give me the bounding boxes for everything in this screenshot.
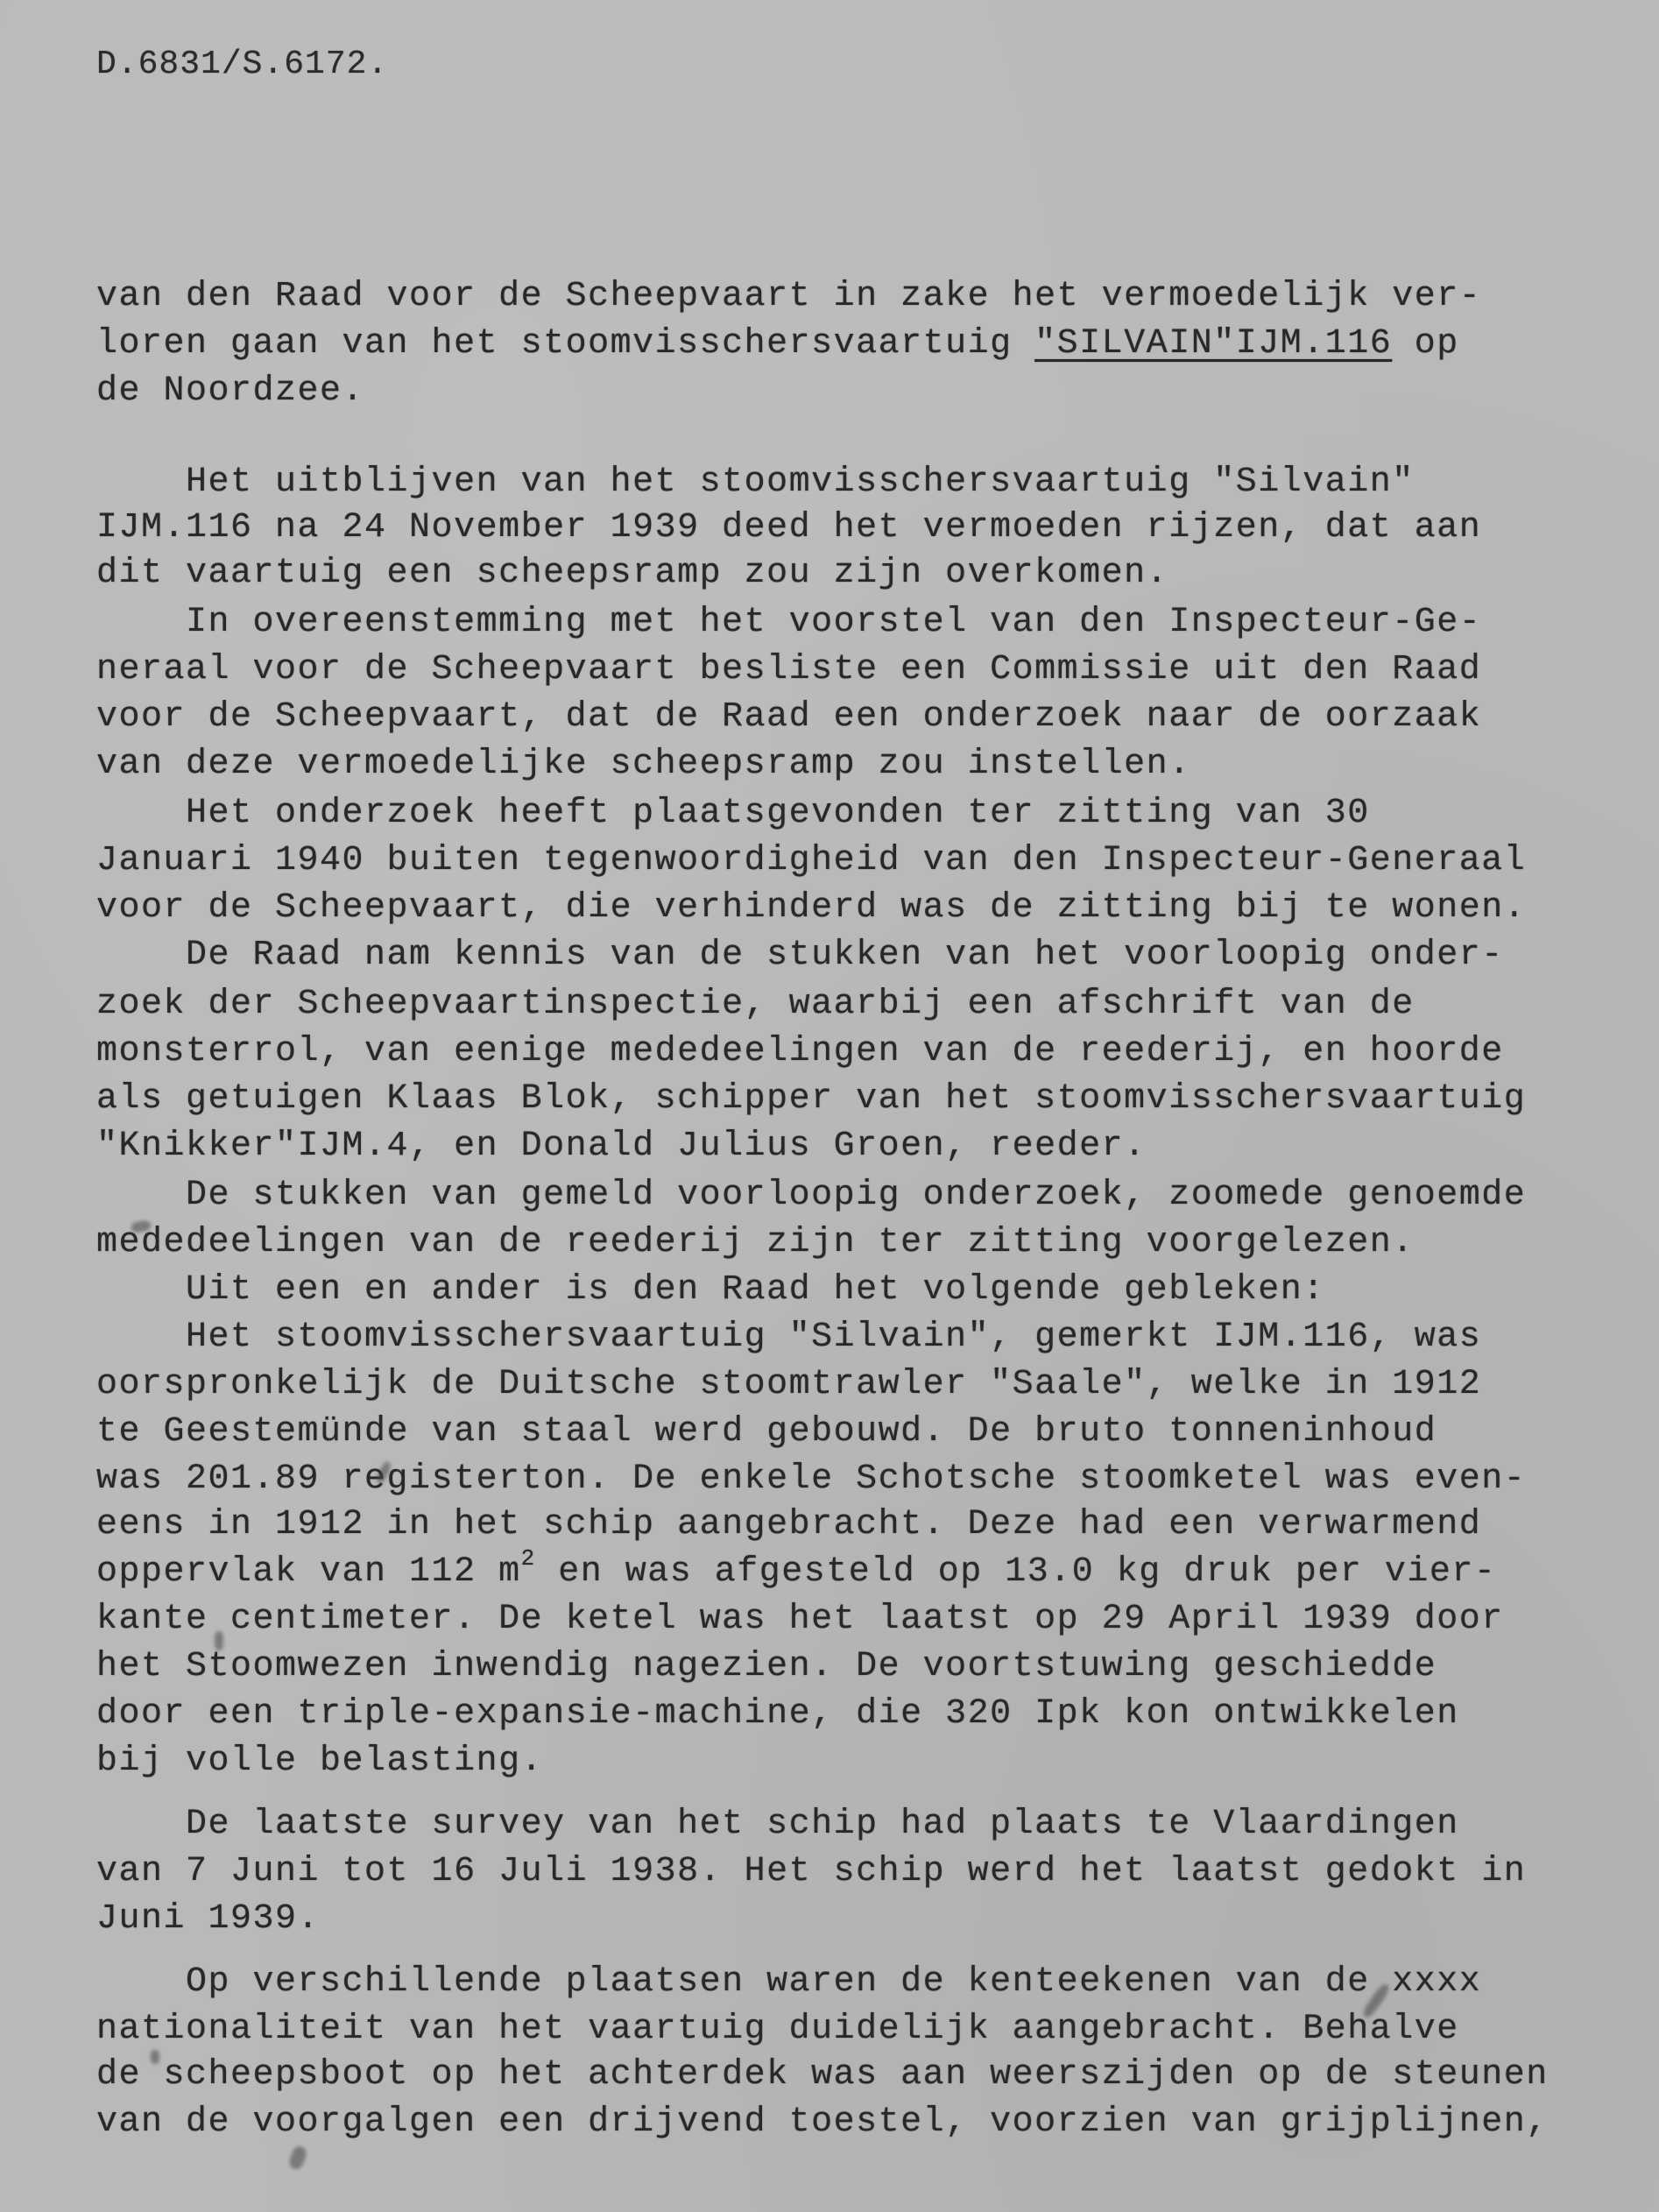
body-line: De Raad nam kennis van de stukken van he…	[96, 936, 1504, 975]
body-line: van 7 Juni tot 16 Juli 1938. Het schip w…	[96, 1852, 1526, 1891]
body-line: monsterrol, van eenige mededeelingen van…	[96, 1032, 1504, 1071]
body-line: bij volle belasting.	[96, 1742, 543, 1781]
body-line: Het stoomvisschersvaartuig "Silvain", ge…	[96, 1318, 1481, 1357]
body-line: door een triple-expansie-machine, die 32…	[96, 1694, 1459, 1734]
body-line: kante centimeter. De ketel was het laats…	[96, 1600, 1504, 1639]
body-line: Januari 1940 buiten tegenwoordigheid van…	[96, 841, 1526, 880]
body-line: voor de Scheepvaart, dat de Raad een ond…	[96, 697, 1481, 737]
body-line: te Geestemünde van staal werd gebouwd. D…	[96, 1412, 1437, 1452]
body-line: "Knikker"IJM.4, en Donald Julius Groen, …	[96, 1127, 1147, 1166]
reference-number: D.6831/S.6172.	[96, 46, 388, 83]
body-line: Uit een en ander is den Raad het volgend…	[96, 1270, 1325, 1310]
body-line: de scheepsboot op het achterdek was aan …	[96, 2055, 1549, 2095]
body-line: zoek der Scheepvaartinspectie, waarbij e…	[96, 985, 1415, 1024]
ink-smudge	[215, 1631, 223, 1650]
body-line: oppervlak van 112 m2 en was afgesteld op…	[96, 1552, 1496, 1592]
body-line: Op verschillende plaatsen waren de kente…	[96, 1962, 1481, 2002]
body-line-text-rest: en was afgesteld op 13.0 kg druk per vie…	[536, 1552, 1497, 1592]
body-line: van deze vermoedelijke scheepsramp zou i…	[96, 745, 1191, 784]
body-line: eens in 1912 in het schip aangebracht. D…	[96, 1505, 1481, 1544]
body-line: mededeelingen van de reederij zijn ter z…	[96, 1223, 1415, 1262]
vessel-name-underlined: "SILVAIN"IJM.116	[1034, 324, 1392, 364]
body-line: Juni 1939.	[96, 1899, 320, 1939]
body-line: oorspronkelijk de Duitsche stoomtrawler …	[96, 1365, 1481, 1404]
body-line: als getuigen Klaas Blok, schipper van he…	[96, 1079, 1526, 1119]
body-line-text: oppervlak van 112 m	[96, 1552, 521, 1592]
title-line-3: de Noordzee.	[96, 371, 364, 411]
body-line: IJM.116 na 24 November 1939 deed het ver…	[96, 508, 1481, 548]
ink-smudge	[287, 2145, 308, 2171]
body-line: Het uitblijven van het stoomvisschersvaa…	[96, 463, 1415, 502]
body-line: was 201.89 registerton. De enkele Schots…	[96, 1459, 1526, 1499]
body-line: In overeenstemming met het voorstel van …	[96, 603, 1481, 642]
body-line: voor de Scheepvaart, die verhinderd was …	[96, 888, 1526, 928]
ink-smudge	[151, 2050, 159, 2064]
body-line: Het onderzoek heeft plaatsgevonden ter z…	[96, 794, 1370, 833]
body-line: van de voorgalgen een drijvend toestel, …	[96, 2102, 1549, 2142]
title-line-2: loren gaan van het stoomvisschersvaartui…	[96, 324, 1459, 364]
body-line: De stukken van gemeld voorloopig onderzo…	[96, 1176, 1526, 1215]
body-line: nationaliteit van het vaartuig duidelijk…	[96, 2010, 1459, 2049]
title-line-1: van den Raad voor de Scheepvaart in zake…	[96, 277, 1481, 316]
body-line: dit vaartuig een scheepsramp zou zijn ov…	[96, 554, 1168, 593]
title-line-2-text: loren gaan van het stoomvisschersvaartui…	[96, 324, 1034, 364]
document-page: D.6831/S.6172. van den Raad voor de Sche…	[0, 0, 1659, 2212]
body-line: De laatste survey van het schip had plaa…	[96, 1805, 1459, 1844]
body-line: het Stoomwezen inwendig nagezien. De voo…	[96, 1647, 1437, 1686]
body-line: neraal voor de Scheepvaart besliste een …	[96, 650, 1481, 689]
superscript-2: 2	[521, 1545, 536, 1572]
title-line-2-end: op	[1392, 324, 1459, 364]
